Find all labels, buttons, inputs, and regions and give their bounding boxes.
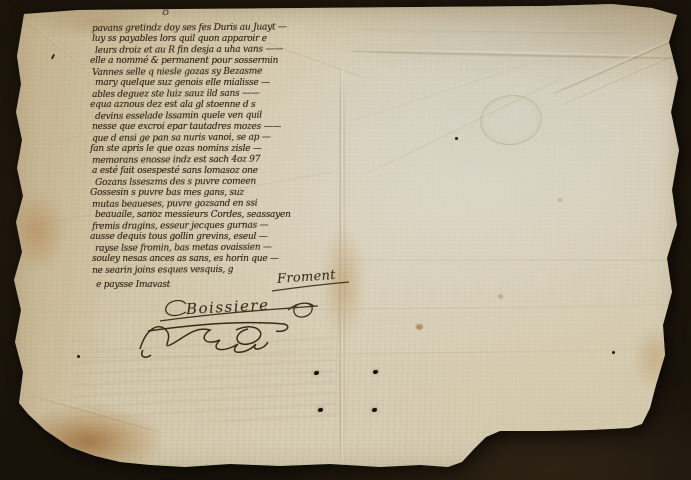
corner-fold-crease [551, 25, 691, 96]
worm-hole [373, 370, 378, 374]
ink-speck [455, 137, 458, 140]
froment-word: Froment [277, 269, 337, 286]
foxing-spot [416, 324, 423, 330]
manuscript-page: 8 pavans gretindz doy ses fes Duris au J… [0, 0, 691, 480]
horizontal-crease [25, 304, 675, 314]
edge-stain [632, 325, 676, 391]
worm-hole [314, 371, 319, 375]
ink-speck [612, 351, 615, 354]
horizontal-crease [335, 258, 685, 261]
diagonal-crease [359, 74, 567, 178]
diagonal-crease [350, 58, 541, 123]
papermaker-watermark [477, 91, 545, 149]
diagonal-crease [23, 18, 88, 70]
photo-background: 8 pavans gretindz doy ses fes Duris au J… [0, 0, 691, 480]
page-number: 8 [161, 5, 170, 18]
corner-fold-crease [559, 43, 691, 107]
worm-hole [318, 408, 323, 412]
paper-shadow-wrap: 8 pavans gretindz doy ses fes Duris au J… [0, 0, 691, 480]
ink-bleedthrough [71, 335, 338, 425]
ink-speck [77, 355, 80, 358]
horizontal-crease [30, 348, 670, 360]
water-stain [8, 190, 66, 272]
water-stain [10, 405, 165, 477]
signature-boissiere: Boissiere [186, 297, 270, 317]
horizontal-crease [352, 28, 682, 36]
manuscript-text-block: pavans gretindz doy ses fes Duris au Jua… [92, 23, 354, 291]
horizontal-crease [348, 48, 686, 60]
foxing-spot [558, 198, 562, 202]
ink-tick-mark [51, 54, 55, 59]
foxing-spot [498, 294, 503, 299]
torn-corner-crease [27, 392, 163, 434]
worm-hole [372, 408, 377, 412]
